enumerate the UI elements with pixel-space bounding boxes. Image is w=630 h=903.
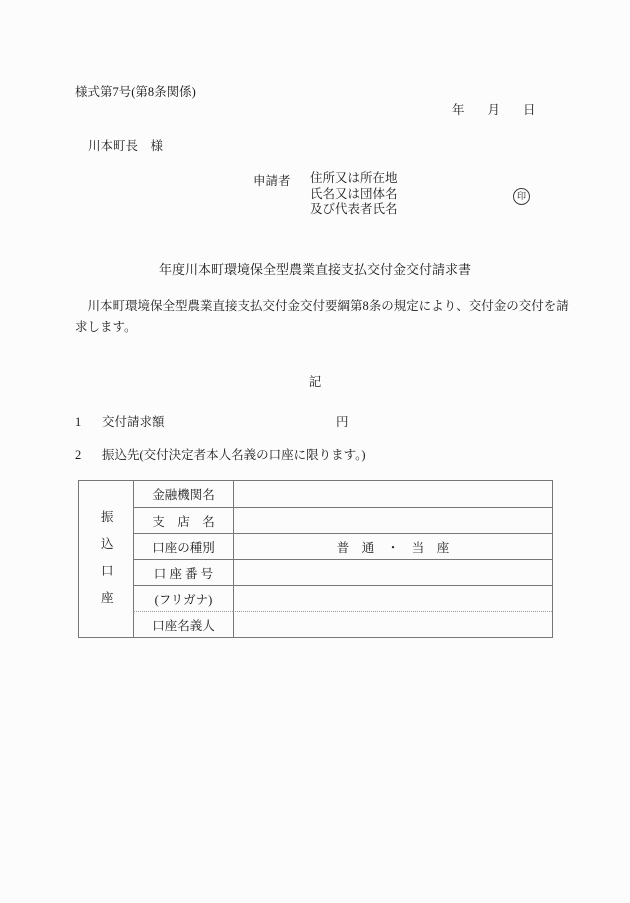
row-value [233, 611, 552, 637]
item-2-label: 振込先(交付決定者本人名義の口座に限ります。) [102, 448, 366, 462]
yen-unit-label: 円 [336, 412, 349, 430]
row-label: 口座名義人 [133, 611, 233, 637]
body-paragraph: 川本町環境保全型農業直接支払交付金交付要綱第8条の規定により、交付金の交付を請求… [75, 296, 580, 337]
row-value: 普 通 ・ 当 座 [233, 533, 552, 559]
applicant-representative-line: 及び代表者氏名 [310, 202, 398, 218]
row-label: 口座の種別 [133, 533, 233, 559]
transfer-account-vertical-label: 振込口座 [100, 497, 113, 618]
row-value [233, 559, 552, 585]
issue-date: 年 月 日 [452, 100, 536, 118]
form-number: 様式第7号(第8条関係) [75, 82, 196, 100]
item-claim-amount: 1交付請求額 [75, 412, 165, 430]
year-label: 年 [452, 100, 465, 118]
applicant-name-line: 氏名又は団体名 [310, 187, 398, 203]
table-row-header: 振込口座 [79, 481, 133, 637]
addressee: 川本町長 様 [88, 136, 163, 154]
row-value [233, 507, 552, 533]
row-label: 金融機関名 [133, 481, 233, 507]
applicant-info: 住所又は所在地 氏名又は団体名 及び代表者氏名 [310, 171, 398, 218]
item-1-label: 交付請求額 [102, 415, 165, 429]
row-label: 支 店 名 [133, 507, 233, 533]
applicant-address-line: 住所又は所在地 [310, 171, 398, 187]
row-account-holder: 口座名義人 [79, 611, 552, 637]
seal-icon: 印 [513, 188, 530, 205]
row-account-number: 口 座 番 号 [79, 559, 552, 585]
row-furigana: (フリガナ) [79, 585, 552, 611]
row-label: 口 座 番 号 [133, 559, 233, 585]
month-label: 月 [488, 100, 501, 118]
row-value [233, 585, 552, 611]
document-title: 年度川本町環境保全型農業直接支払交付金交付請求書 [0, 259, 630, 278]
item-2-number: 2 [75, 448, 102, 463]
document-page: 様式第7号(第8条関係) 年 月 日 川本町長 様 申請者 住所又は所在地 氏名… [0, 0, 630, 903]
row-value [233, 481, 552, 507]
day-label: 日 [523, 100, 536, 118]
row-account-type: 口座の種別 普 通 ・ 当 座 [79, 533, 552, 559]
item-transfer-destination: 2振込先(交付決定者本人名義の口座に限ります。) [75, 445, 366, 463]
applicant-label: 申請者 [253, 171, 291, 189]
row-branch-name: 支 店 名 [79, 507, 552, 533]
bank-transfer-table: 振込口座 金融機関名 支 店 名 口座の種別 普 通 ・ 当 座 口 座 番 号… [78, 480, 553, 638]
row-label: (フリガナ) [133, 585, 233, 611]
section-marker: 記 [0, 372, 630, 390]
row-financial-institution: 振込口座 金融機関名 [79, 481, 552, 507]
item-1-number: 1 [75, 415, 102, 430]
